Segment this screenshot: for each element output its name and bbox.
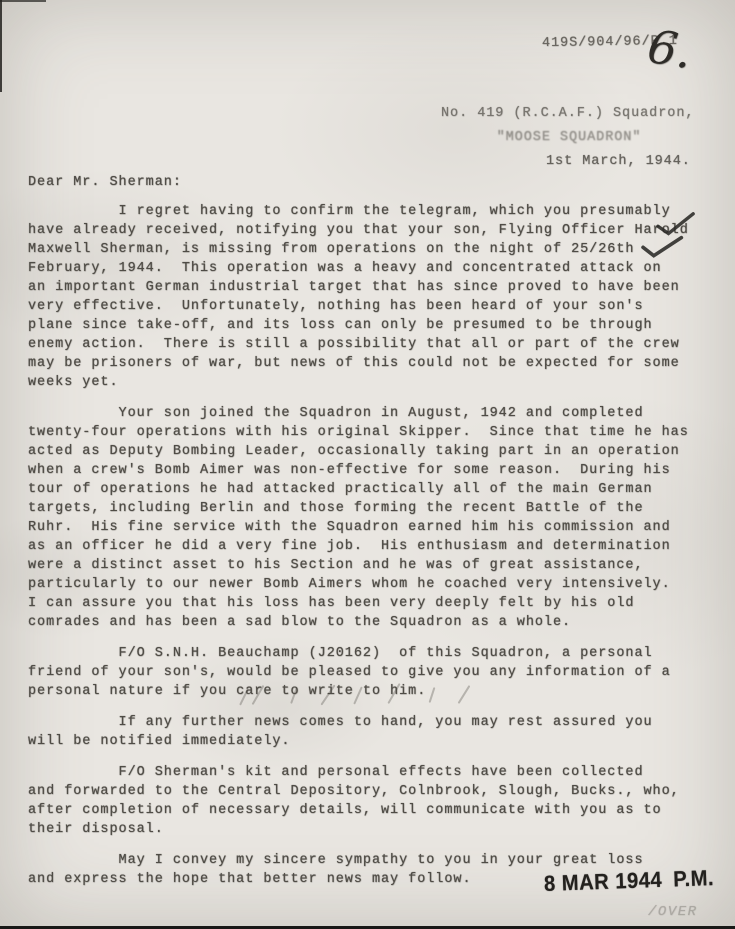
scan-edge-left xyxy=(0,0,2,92)
salutation: Dear Mr. Sherman: xyxy=(28,173,182,192)
pencil-scribbles xyxy=(235,678,505,718)
paragraph-personal-effects: F/O Sherman's kit and personal effects h… xyxy=(28,763,728,839)
handwritten-page-number: 6. xyxy=(644,19,696,79)
scan-edge-top xyxy=(0,0,46,2)
paragraph-further-news: If any further news comes to hand, you m… xyxy=(28,713,728,751)
letter-date: 1st March, 1944. xyxy=(546,152,691,171)
letterhead-squadron-nickname: "MOOSE SQUADRON" xyxy=(441,128,697,147)
paragraph-missing-notification: I regret having to confirm the telegram,… xyxy=(28,202,728,392)
over-note: /OVER xyxy=(648,903,698,922)
letterhead-squadron: No. 419 (R.C.A.F.) Squadron, xyxy=(441,104,694,123)
handwritten-checkmark-icon xyxy=(639,232,684,265)
paragraph-service-record: Your son joined the Squadron in August, … xyxy=(28,404,728,632)
stamp-date: 8 MAR 1944 xyxy=(544,867,663,897)
letter-body: I regret having to confirm the telegram,… xyxy=(28,202,728,901)
stamp-pm-suffix: P.M. xyxy=(673,865,715,892)
scanned-letter-page: 419S/904/96/P.1 6. No. 419 (R.C.A.F.) Sq… xyxy=(0,0,735,929)
